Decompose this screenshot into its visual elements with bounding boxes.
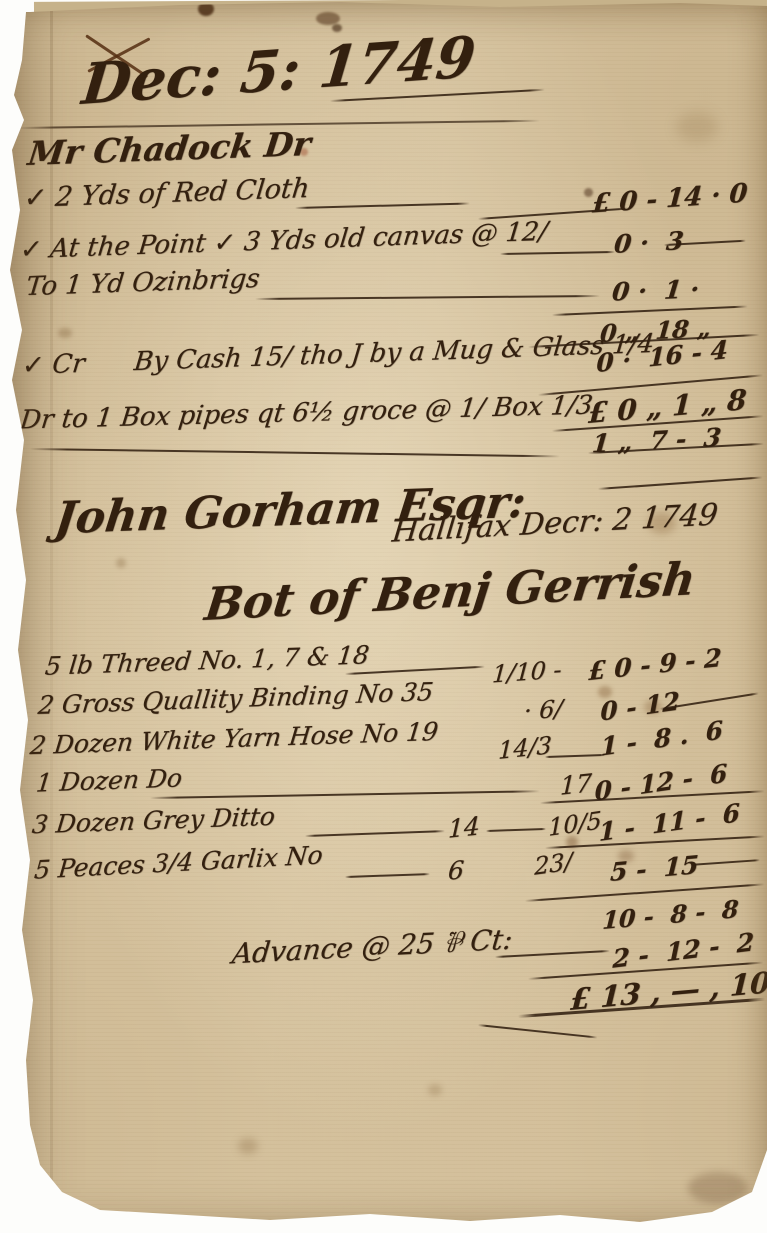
stain xyxy=(584,188,593,197)
stain xyxy=(676,112,718,142)
amount-ozinbrigs: 0 · 1 · xyxy=(611,276,701,305)
item-garlix-amount: 5 - 15 xyxy=(609,852,699,886)
item-garlix: 5 Peaces 3/4 Garlix No xyxy=(33,842,324,884)
ink-rule xyxy=(598,476,763,490)
item-white-hose: 2 Dozen White Yarn Hose No 19 xyxy=(29,719,440,760)
ledger-page: Dec: 5: 1749 Mr Chadock Dr ✓ 2 Yds of Re… xyxy=(0,0,767,1233)
ink-rule xyxy=(150,790,540,798)
ink-rule xyxy=(30,448,560,457)
item-garlix-rate: 23/ xyxy=(534,849,572,880)
ink-rule xyxy=(500,251,615,255)
ink-rule xyxy=(305,830,445,837)
ink-rule xyxy=(486,828,546,832)
entry-box-pipes: Dr to 1 Box pipes qt 6½ groce @ 1/ Box 1… xyxy=(19,392,595,434)
date-heading: Dec: 5: 1749 xyxy=(79,28,478,115)
item-binding-rate: · 6/ xyxy=(523,697,563,725)
item-thread: 5 lb Threed No. 1, 7 & 18 xyxy=(44,642,371,680)
ink-rule xyxy=(495,950,610,958)
item-thread-amount: £ 0 - 9 - 2 xyxy=(588,645,722,685)
stain xyxy=(688,1172,748,1204)
stain xyxy=(116,558,126,568)
account-title-chadock: Mr Chadock Dr xyxy=(26,127,313,172)
ink-rule xyxy=(345,873,430,878)
entry-red-cloth: ✓ 2 Yds of Red Cloth xyxy=(23,175,311,213)
ink-rule xyxy=(295,202,470,209)
ink-rule xyxy=(478,1024,598,1039)
item-grey-qty: 14 xyxy=(448,813,481,843)
item-grey-ditto: 3 Dozen Grey Ditto xyxy=(31,804,277,839)
ink-rule xyxy=(545,754,605,758)
ink-rule xyxy=(255,295,600,300)
stain xyxy=(428,1084,442,1096)
gorham-subtotal: 10 - 8 - 8 xyxy=(602,896,740,933)
ink-rule xyxy=(690,859,760,866)
item-grey-rate: 10/5 xyxy=(548,808,601,841)
entry-by-cash-credit: ✓ Cr By Cash 15/ tho J by a Mug & Glass … xyxy=(21,331,656,380)
bought-of-heading: Bot of Benj Gerrish xyxy=(202,555,698,628)
item-one-dozen-rate: 17 xyxy=(560,770,593,800)
ink-speck xyxy=(316,12,340,25)
amount-red-cloth: £ 0 - 14 · 0 xyxy=(591,180,748,218)
item-garlix-qty: 6 xyxy=(447,857,465,885)
stain xyxy=(238,1138,258,1154)
entry-ozinbrigs: To 1 Yd Ozinbrigs xyxy=(25,266,261,302)
stain xyxy=(58,328,72,338)
ink-rule xyxy=(552,305,748,316)
item-white-hose-rate: 14/3 xyxy=(498,733,552,764)
scan-background: Dec: 5: 1749 Mr Chadock Dr ✓ 2 Yds of Re… xyxy=(0,0,767,1233)
item-binding: 2 Gross Quallity Binding No 35 xyxy=(37,679,435,719)
advance-label: Advance @ 25 ⅌ Ct: xyxy=(231,925,514,969)
item-thread-rate: 1/10 - xyxy=(491,657,562,687)
item-one-dozen-do: 1 Dozen Do xyxy=(35,765,184,796)
entry-old-canvas: ✓ At the Point ✓ 3 Yds old canvas @ 12/ xyxy=(19,219,549,265)
ink-speck xyxy=(332,24,342,32)
